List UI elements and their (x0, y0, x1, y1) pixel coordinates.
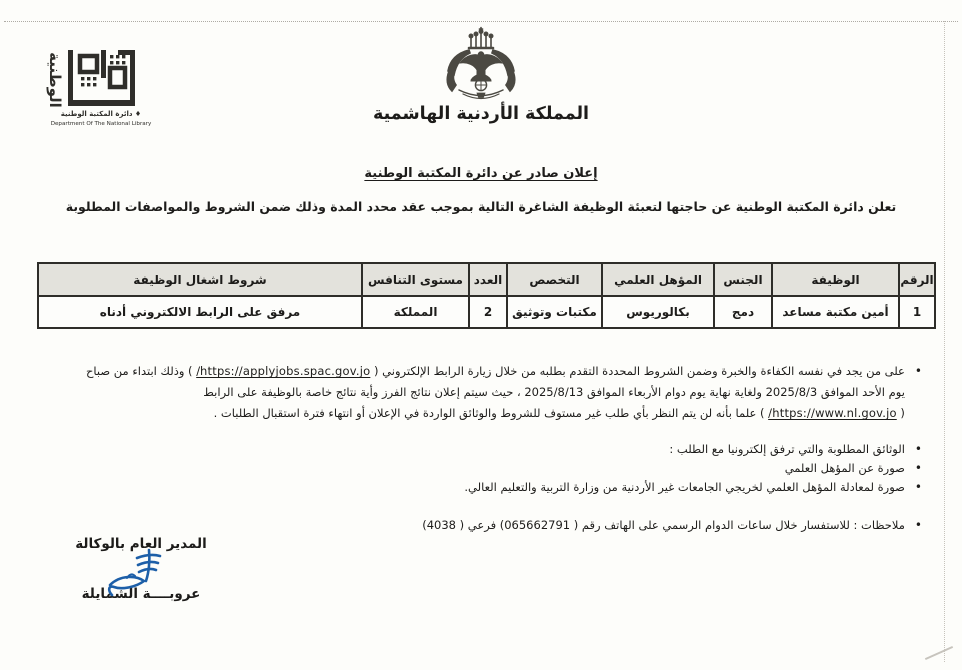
announcement-headline: إعلان صادر عن دائرة المكتبة الوطنية (0, 166, 962, 181)
required-documents-list: • الوثائق المطلوبة والتي ترفق إلكترونيا … (42, 440, 922, 497)
notes-bullet: • ملاحظات : للاستفسار خلال ساعات الدوام … (42, 516, 922, 535)
kingdom-title: المملكة الأردنية الهاشمية (0, 104, 962, 124)
table-row: 1 أمين مكتبة مساعد دمج بكالوريوس مكتبات … (38, 296, 935, 328)
cell-gender: دمج (714, 296, 772, 328)
bullet-marker: • (915, 440, 922, 459)
cell-qualification: بكالوريوس (602, 296, 714, 328)
column-header-gender: الجنس (714, 263, 772, 296)
vacancies-table: الرقم الوظيفة الجنس المؤهل العلمي التخصص… (37, 262, 936, 329)
apply-instructions-text: على من يجد في نفسه الكفاءة والخبرة وضمن … (86, 361, 905, 424)
table-header-row: الرقم الوظيفة الجنس المؤهل العلمي التخصص… (38, 263, 935, 296)
coat-of-arms-graphic (429, 26, 533, 106)
scanned-announcement-page: الوطنية دائرة المكتبة الوطنية ♦ Departme… (0, 0, 962, 670)
column-header-job-title: الوظيفة (772, 263, 899, 296)
cell-job-title: أمين مكتبة مساعد (772, 296, 899, 328)
apply-line-3: ( /https://www.nl.gov.jo ) علما بأنه لن … (86, 403, 905, 424)
cell-competition-level: المملكة (362, 296, 469, 328)
cell-count: 2 (469, 296, 507, 328)
column-header-qualification: المؤهل العلمي (602, 263, 714, 296)
column-header-competition-level: مستوى التنافس (362, 263, 469, 296)
apply-line-3-pre: ( (897, 406, 905, 420)
announcement-intro: تعلن دائرة المكتبة الوطنية عن حاجتها لتع… (0, 199, 962, 214)
cell-specialization: مكتبات وتوثيق (507, 296, 602, 328)
apply-line-3-post: ) علما بأنه لن يتم النظر بأي طلب غير مست… (214, 406, 769, 420)
column-header-conditions: شروط اشغال الوظيفة (38, 263, 362, 296)
column-header-specialization: التخصص (507, 263, 602, 296)
cell-conditions: مرفق على الرابط الالكتروني أدناه (38, 296, 362, 328)
document-item-text: صورة عن المؤهل العلمي (785, 459, 905, 478)
document-item: • صورة لمعادلة المؤهل العلمي لخريجي الجا… (42, 478, 922, 497)
bullet-marker: • (915, 361, 922, 382)
signature-scribble (96, 544, 182, 604)
documents-intro-text: الوثائق المطلوبة والتي ترفق إلكترونيا مع… (669, 440, 905, 459)
bullet-marker: • (915, 459, 922, 478)
applyjobs-url: /https://applyjobs.spac.gov.jo (196, 364, 370, 378)
column-header-count: العدد (469, 263, 507, 296)
documents-intro-item: • الوثائق المطلوبة والتي ترفق إلكترونيا … (42, 440, 922, 459)
bullet-marker: • (915, 516, 922, 535)
scan-corner-artifact (925, 646, 953, 660)
apply-line-1: على من يجد في نفسه الكفاءة والخبرة وضمن … (86, 361, 905, 382)
apply-line-1-pre: على من يجد في نفسه الكفاءة والخبرة وضمن … (370, 364, 905, 378)
apply-instructions-bullet: • على من يجد في نفسه الكفاءة والخبرة وضم… (42, 361, 922, 424)
bullet-marker: • (915, 478, 922, 497)
document-item-text: صورة لمعادلة المؤهل العلمي لخريجي الجامع… (464, 478, 905, 497)
scan-top-dotted-line (4, 21, 958, 22)
apply-line-1-post: ) وذلك ابتداء من صباح (86, 364, 196, 378)
column-header-number: الرقم (899, 263, 935, 296)
logo-vertical-text: الوطنية (46, 52, 64, 108)
apply-line-2: يوم الأحد الموافق 2025/8/3 ولغاية نهاية … (86, 382, 905, 403)
nl-gov-url: /https://www.nl.gov.jo (768, 406, 897, 420)
jordan-coat-of-arms (429, 26, 533, 110)
cell-number: 1 (899, 296, 935, 328)
notes-text: ملاحظات : للاستفسار خلال ساعات الدوام ال… (422, 516, 905, 535)
announcement-headline-text: إعلان صادر عن دائرة المكتبة الوطنية (364, 166, 597, 181)
document-item: • صورة عن المؤهل العلمي (42, 459, 922, 478)
